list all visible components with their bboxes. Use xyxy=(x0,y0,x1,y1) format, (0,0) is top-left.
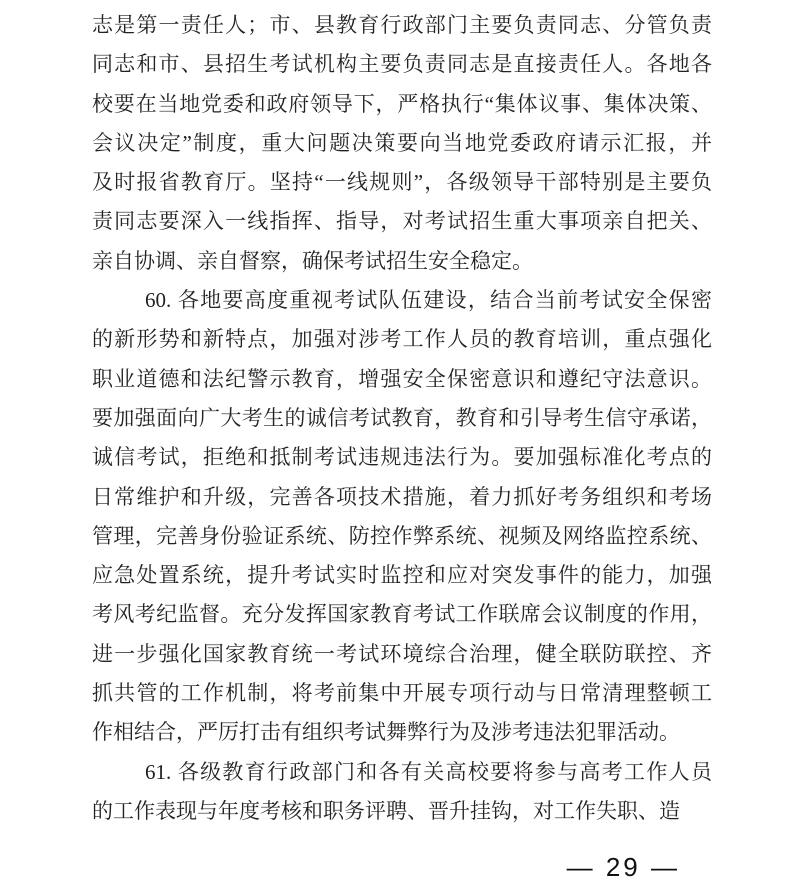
text-line: 的新形势和新特点，加强对涉考工作人员的教育培训，重点强化 xyxy=(92,320,712,359)
text-line: 亲自协调、亲自督察，确保考试招生安全稳定。 xyxy=(92,242,712,281)
text-line: 及时报省教育厅。坚持“一线规则”，各级领导干部特别是主要负 xyxy=(92,163,712,202)
text-line: 抓共管的工作机制，将考前集中开展专项行动与日常清理整顿工 xyxy=(92,674,712,713)
text-line: 管理，完善身份验证系统、防控作弊系统、视频及网络监控系统、 xyxy=(92,517,712,556)
text-line: 责同志要深入一线指挥、指导，对考试招生重大事项亲自把关、 xyxy=(92,202,712,241)
text-line: 诚信考试，拒绝和抵制考试违规违法行为。要加强标准化考点的 xyxy=(92,438,712,477)
text-line: 作相结合，严厉打击有组织考试舞弊行为及涉考违法犯罪活动。 xyxy=(92,713,712,752)
document-page: 志是第一责任人；市、县教育行政部门主要负责同志、分管负责同志和市、县招生考试机构… xyxy=(0,0,800,885)
text-line: 职业道德和法纪警示教育，增强安全保密意识和遵纪守法意识。 xyxy=(92,360,712,399)
text-line: 61. 各级教育行政部门和各有关高校要将参与高考工作人员 xyxy=(92,753,712,792)
text-line: 要加强面向广大考生的诚信考试教育，教育和引导考生信守承诺， xyxy=(92,399,712,438)
text-line: 校要在当地党委和政府领导下，严格执行“集体议事、集体决策、 xyxy=(92,85,712,124)
text-line: 60. 各地要高度重视考试队伍建设，结合当前考试安全保密 xyxy=(92,281,712,320)
text-line: 应急处置系统，提升考试实时监控和应对突发事件的能力，加强 xyxy=(92,556,712,595)
text-line: 进一步强化国家教育统一考试环境综合治理，健全联防联控、齐 xyxy=(92,635,712,674)
document-body: 志是第一责任人；市、县教育行政部门主要负责同志、分管负责同志和市、县招生考试机构… xyxy=(92,6,712,831)
page-number: — 29 — xyxy=(567,852,680,882)
text-line: 日常维护和升级，完善各项技术措施，着力抓好考务组织和考场 xyxy=(92,478,712,517)
text-line: 会议决定”制度，重大问题决策要向当地党委政府请示汇报，并 xyxy=(92,124,712,163)
text-line: 志是第一责任人；市、县教育行政部门主要负责同志、分管负责 xyxy=(92,6,712,45)
text-line: 同志和市、县招生考试机构主要负责同志是直接责任人。各地各 xyxy=(92,45,712,84)
text-line: 考风考纪监督。充分发挥国家教育考试工作联席会议制度的作用， xyxy=(92,595,712,634)
text-line: 的工作表现与年度考核和职务评聘、晋升挂钩，对工作失职、造 xyxy=(92,792,712,831)
